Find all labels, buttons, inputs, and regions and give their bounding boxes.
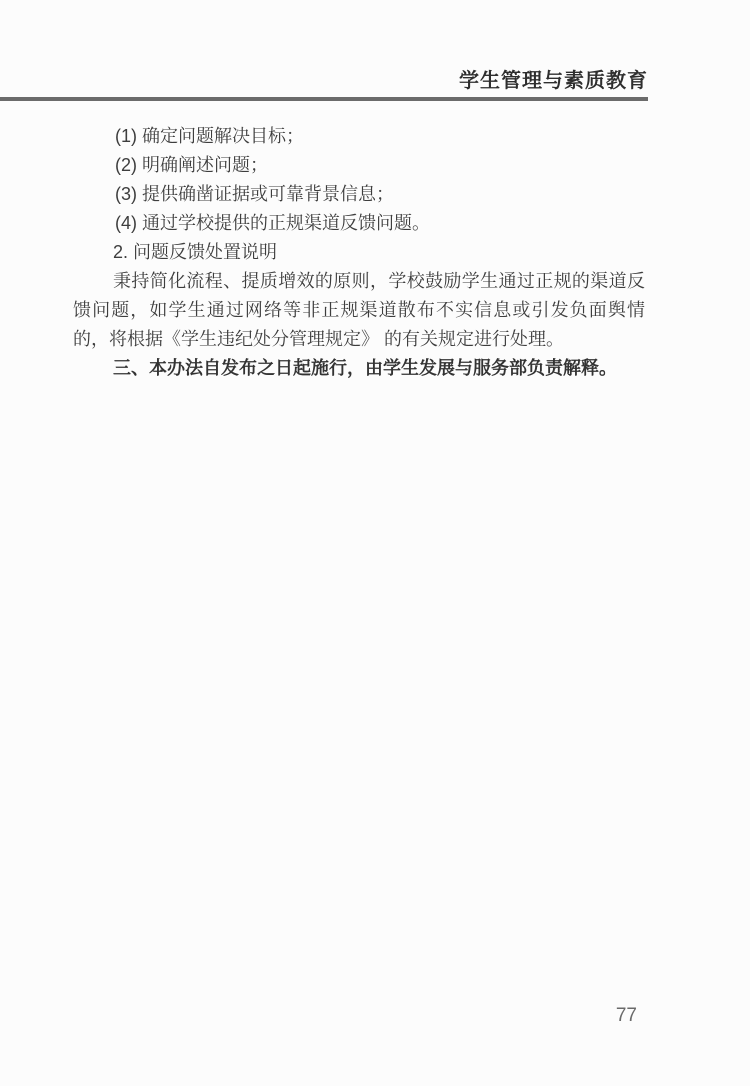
document-body: (1) 确定问题解决目标； (2) 明确阐述问题； (3) 提供确凿证据或可靠背… [73, 122, 645, 383]
running-header-title: 学生管理与素质教育 [459, 70, 648, 92]
document-page: 学生管理与素质教育 (1) 确定问题解决目标； (2) 明确阐述问题； (3) … [0, 0, 750, 1086]
running-header: 学生管理与素质教育 [0, 70, 648, 92]
list-item-1: (1) 确定问题解决目标； [73, 122, 645, 151]
page-number: 77 [616, 1005, 637, 1027]
list-item-2: (2) 明确阐述问题； [73, 151, 645, 180]
list-item-3: (3) 提供确凿证据或可靠背景信息； [73, 180, 645, 209]
sub-heading: 2. 问题反馈处置说明 [73, 238, 645, 267]
closing-statement: 三、本办法自发布之日起施行，由学生发展与服务部负责解释。 [73, 354, 645, 383]
body-paragraph: 秉持简化流程、提质增效的原则，学校鼓励学生通过正规的渠道反馈问题，如学生通过网络… [73, 267, 645, 354]
list-item-4: (4) 通过学校提供的正规渠道反馈问题。 [73, 209, 645, 238]
header-rule [0, 97, 648, 101]
